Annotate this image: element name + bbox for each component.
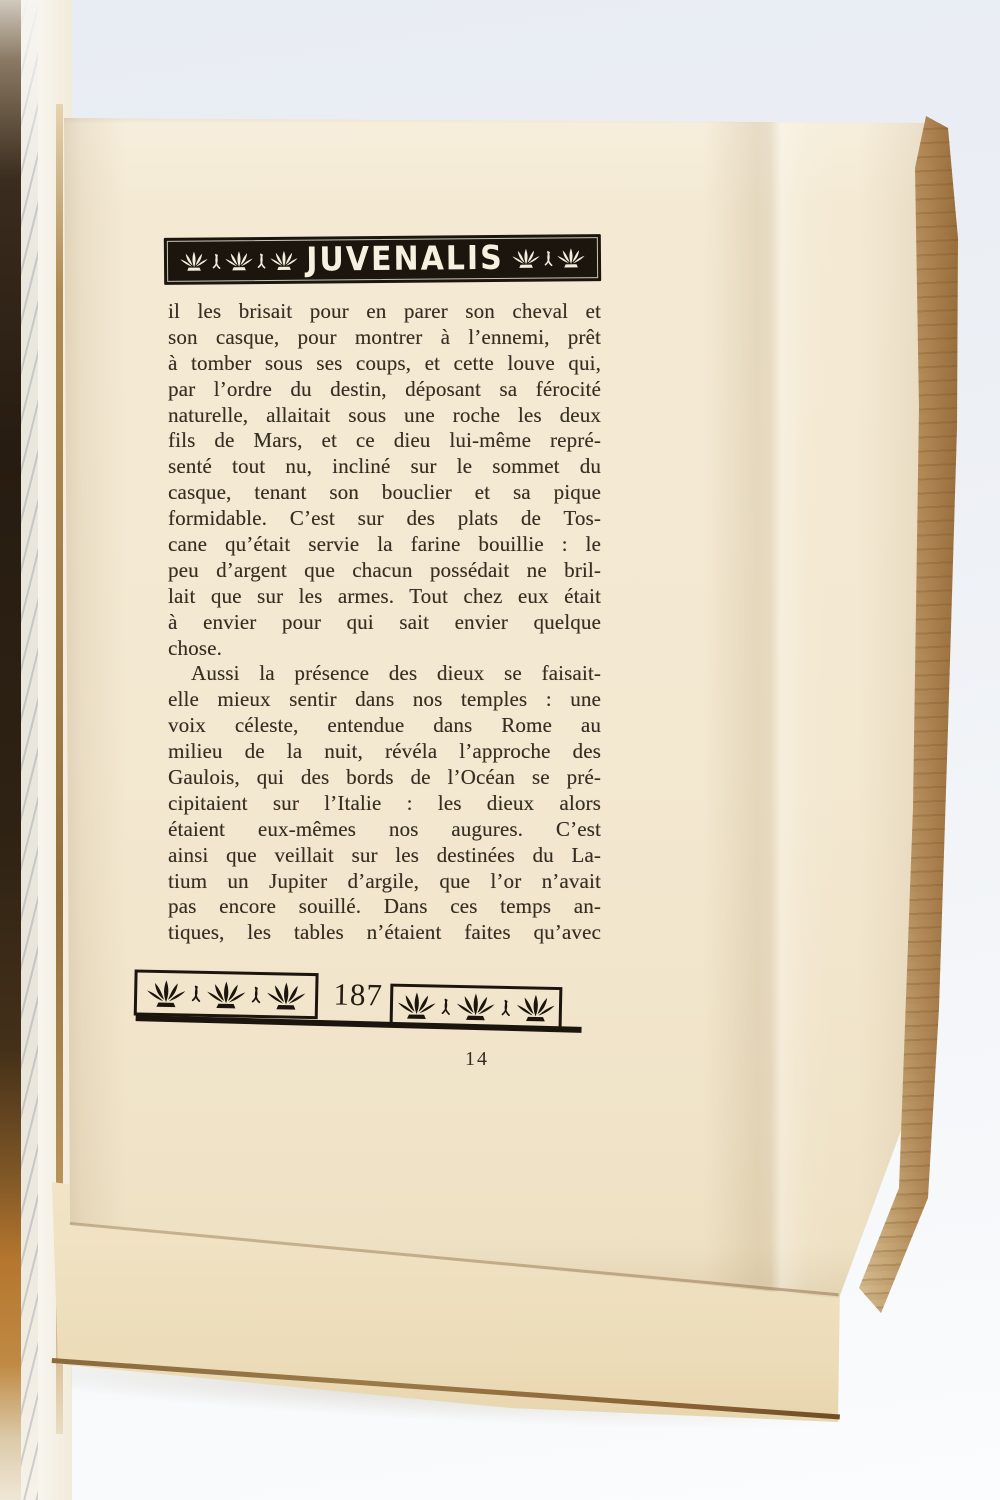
running-title: JUVENALIS <box>306 242 504 277</box>
text-line: tiques, les tables n’étaient faites qu’a… <box>168 920 601 946</box>
palmette-ornament-icon <box>265 980 308 1012</box>
text-line: Aussi la présence des dieux se faisait- <box>168 661 601 687</box>
text-line: étaient eux-mêmes nos augures. C’est <box>168 817 601 843</box>
text-line: son casque, pour montrer à l’ennemi, prê… <box>168 325 601 351</box>
text-line: senté tout nu, incliné sur le sommet du <box>168 454 601 480</box>
book-page: JUVENALIS il les brisait pour en parer s… <box>48 110 958 1315</box>
text-line: voix céleste, entendue dans Rome au <box>168 713 601 739</box>
text-line: formidable. C’est sur des plats de Tos- <box>168 506 601 532</box>
text-line: peu d’argent que chacun possédait ne bri… <box>168 558 601 584</box>
footer-ornament-right <box>390 984 563 1030</box>
text-line: fils de Mars, et ce dieu lui-même repré- <box>168 428 601 454</box>
page-number: 187 <box>327 976 390 1013</box>
text-line: casque, tenant son bouclier et sa pique <box>168 480 601 506</box>
text-line: à tomber sous ses coups, et cette louve … <box>168 351 601 377</box>
signature-mark: 14 <box>446 1048 508 1071</box>
text-line: cipitaient sur l’Italie : les dieux alor… <box>168 791 601 817</box>
palmette-ornament-icon <box>145 977 188 1009</box>
palmette-ornament-icon <box>269 248 299 273</box>
leaf-scroll-icon <box>190 979 203 1009</box>
palmette-ornament-icon <box>455 991 497 1023</box>
text-line: à envier pour qui sait envier quelque <box>168 610 601 636</box>
leaf-scroll-icon <box>256 249 267 273</box>
text-line: chose. <box>168 636 601 662</box>
palmette-ornament-icon <box>511 246 541 271</box>
leaf-scroll-icon <box>250 980 263 1010</box>
text-line: lait que sur les armes. Tout chez eux ét… <box>168 584 601 610</box>
palmette-ornament-icon <box>556 245 586 270</box>
text-line: naturelle, allaitait sous une roche les … <box>168 403 601 429</box>
chapter-header-banner: JUVENALIS <box>164 234 601 285</box>
text-line: il les brisait pour en parer son cheval … <box>168 299 601 325</box>
body-text: il les brisait pour en parer son cheval … <box>168 299 601 946</box>
book-photograph: JUVENALIS il les brisait pour en parer s… <box>0 0 1000 1500</box>
text-line: par l’ordre du destin, déposant sa féroc… <box>168 377 601 403</box>
gutter-shadow <box>0 0 21 1500</box>
text-line: tium un Jupiter d’argile, que l’or n’ava… <box>168 869 601 895</box>
palmette-ornament-icon <box>514 992 556 1024</box>
text-line: pas encore souillé. Dans ces temps an- <box>168 894 601 920</box>
paper-crease <box>703 110 838 1315</box>
text-line: cane qu’était servie la farine bouillie … <box>168 532 601 558</box>
text-line: Gaulois, qui des bords de l’Océan se pré… <box>168 765 601 791</box>
banner-ornaments-right <box>511 245 586 271</box>
leaf-scroll-icon <box>543 247 554 271</box>
page-footer: 187 <box>133 969 584 1038</box>
palmette-ornament-icon <box>224 248 254 273</box>
text-line: elle mieux sentir dans nos temples : une <box>168 687 601 713</box>
palmette-ornament-icon <box>396 990 438 1022</box>
palmette-ornament-icon <box>205 978 248 1010</box>
footer-ornament-left <box>134 969 319 1019</box>
banner-ornaments-left <box>179 248 299 274</box>
palmette-ornament-icon <box>179 249 209 274</box>
leaf-scroll-icon <box>499 992 511 1022</box>
text-line: milieu de la nuit, révéla l’approche des <box>168 739 601 765</box>
text-line: ainsi que veillait sur les destinées du … <box>168 843 601 869</box>
leaf-scroll-icon <box>440 991 452 1021</box>
leaf-scroll-icon <box>211 249 222 273</box>
